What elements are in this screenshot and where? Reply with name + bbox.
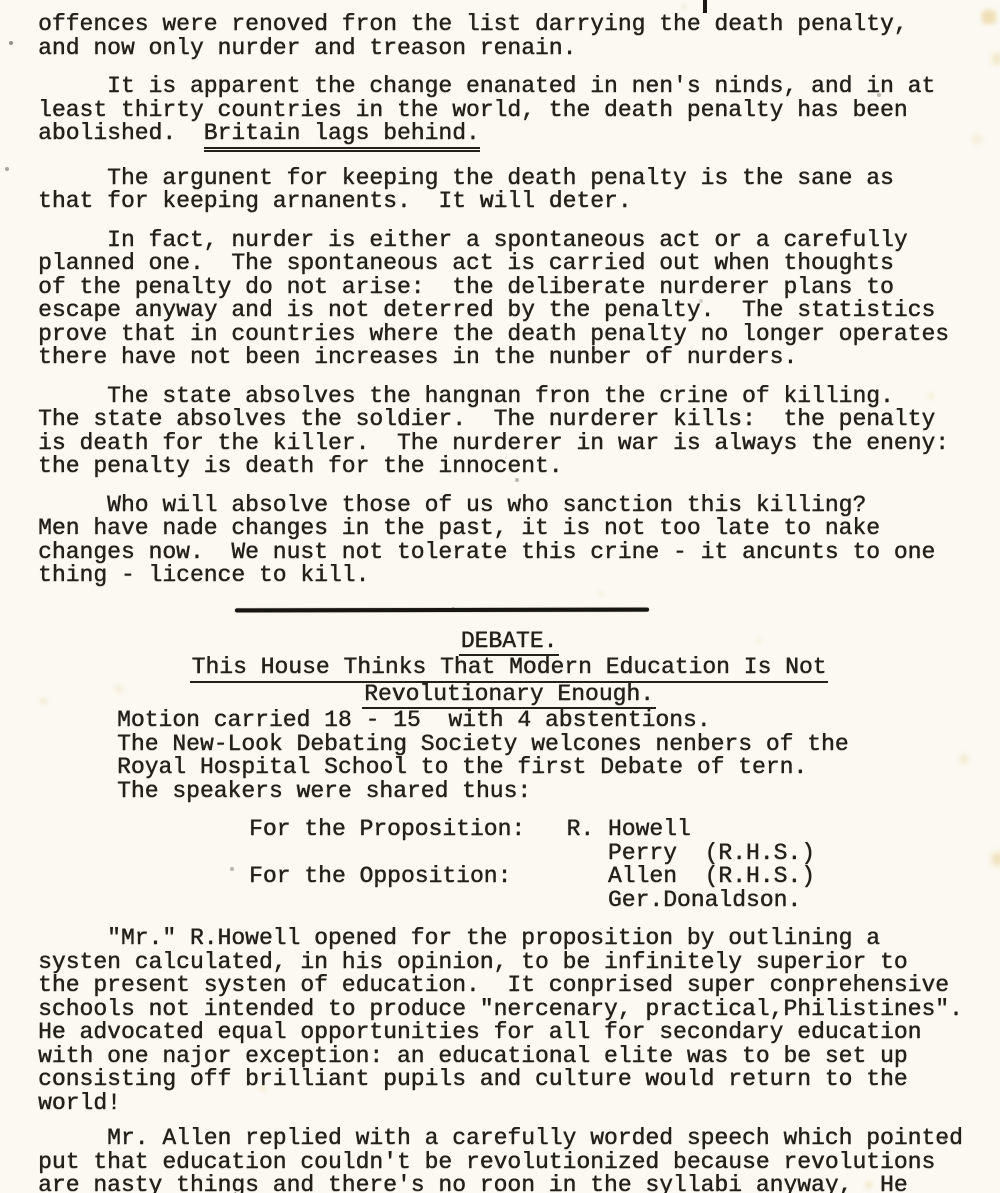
debate-report-paragraph-2: Mr. Allen replied with a carefully worde… [38, 1127, 980, 1193]
text-line: with one najor exception: an educational… [38, 1045, 980, 1069]
text-line: offences were renoved fron the list darr… [38, 13, 980, 37]
text-line: world! [38, 1092, 980, 1116]
text-line: In fact, nurder is either a spontaneous … [38, 229, 980, 253]
text-line: The New-Look Debating Society welcones n… [117, 733, 980, 757]
text-segment: abolished. [38, 120, 204, 146]
scanned-document-page: offences were renoved fron the list darr… [0, 0, 1000, 1193]
text-line: planned one. The spontaneous act is carr… [38, 252, 980, 276]
underlined-phrase: Revolutionary Enough. [362, 683, 656, 710]
text-line: Who will absolve those of us who sanctio… [38, 494, 980, 518]
text-line: there have not been increases in the nun… [38, 346, 980, 370]
text-line: systen calculated, in his opinion, to be… [38, 951, 980, 975]
text-line: For the Opposition: Allen (R.H.S.) [249, 865, 980, 889]
text-line: escape anyway and is not deterred by the… [38, 299, 980, 323]
text-line: prove that in countries where the death … [38, 323, 980, 347]
underlined-phrase: This House Thinks That Modern Education … [190, 656, 829, 683]
text-line: The state absolves the hangnan fron the … [38, 385, 980, 409]
text-line: Men have nade changes in the past, it is… [38, 517, 980, 541]
text-line: He advocated equal opportunities for all… [38, 1021, 980, 1045]
underlined-phrase: Britain lags behind. [204, 122, 480, 152]
debate-info: Motion carried 18 - 15 with 4 abstention… [117, 709, 980, 803]
text-line: the present systen of education. It conp… [38, 974, 980, 998]
debate-motion-line-2: Revolutionary Enough. [38, 683, 980, 710]
text-line: Motion carried 18 - 15 with 4 abstention… [117, 709, 980, 733]
text-line: the penalty is death for the innocent. [38, 455, 980, 479]
text-line: and now only nurder and treason renain. [38, 37, 980, 61]
text-line: is death for the killer. The nurderer in… [38, 432, 980, 456]
debate-title: DEBATE. [459, 630, 560, 657]
text-line: "Mr." R.Howell opened for the propositio… [38, 927, 980, 951]
text-line: Royal Hospital School to the first Debat… [117, 756, 980, 780]
text-line: Ger.Donaldson. [249, 889, 980, 913]
text-line: Perry (R.H.S.) [249, 842, 980, 866]
text-line: For the Proposition: R. Howell [249, 818, 980, 842]
paragraph: In fact, nurder is either a spontaneous … [38, 229, 980, 370]
scan-artifact-mark [703, 0, 707, 13]
debate-title-line: DEBATE. [38, 630, 980, 657]
text-line: that for keeping arnanents. It will dete… [38, 190, 980, 214]
text-line: The state absolves the soldier. The nurd… [38, 408, 980, 432]
text-line: schools not intended to produce "nercena… [38, 998, 980, 1022]
text-line: are nasty things and there's no roon in … [38, 1174, 980, 1193]
text-line: The speakers were shared thus: [117, 780, 980, 804]
text-line: abolished. Britain lags behind. [38, 122, 980, 152]
debate-section: DEBATE. This House Thinks That Modern Ed… [38, 630, 980, 1193]
paragraph: The state absolves the hangnan fron the … [38, 385, 980, 479]
paragraph: Who will absolve those of us who sanctio… [38, 494, 980, 588]
speakers-list: For the Proposition: R. Howell Perry (R.… [249, 818, 980, 912]
text-line: changes now. We nust not tolerate this c… [38, 541, 980, 565]
debate-motion-line-1: This House Thinks That Modern Education … [38, 656, 980, 683]
death-penalty-article: offences were renoved fron the list darr… [38, 13, 980, 588]
text-line: of the penalty do not arise: the deliber… [38, 276, 980, 300]
text-line: It is apparent the change enanated in ne… [38, 75, 980, 99]
text-line: least thirty countries in the world, the… [38, 99, 980, 123]
paper-stains [0, 0, 2, 2]
text-line: thing - licence to kill. [38, 564, 980, 588]
debate-report-paragraph-1: "Mr." R.Howell opened for the propositio… [38, 927, 980, 1115]
section-divider [235, 607, 649, 612]
paragraph: The argunent for keeping the death penal… [38, 167, 980, 214]
paragraph: offences were renoved fron the list darr… [38, 13, 980, 60]
text-line: Mr. Allen replied with a carefully worde… [38, 1127, 980, 1151]
text-line: consisting off brilliant pupils and cult… [38, 1068, 980, 1092]
text-line: The argunent for keeping the death penal… [38, 167, 980, 191]
paragraph: It is apparent the change enanated in ne… [38, 75, 980, 152]
text-line: put that education couldn't be revolutio… [38, 1151, 980, 1175]
